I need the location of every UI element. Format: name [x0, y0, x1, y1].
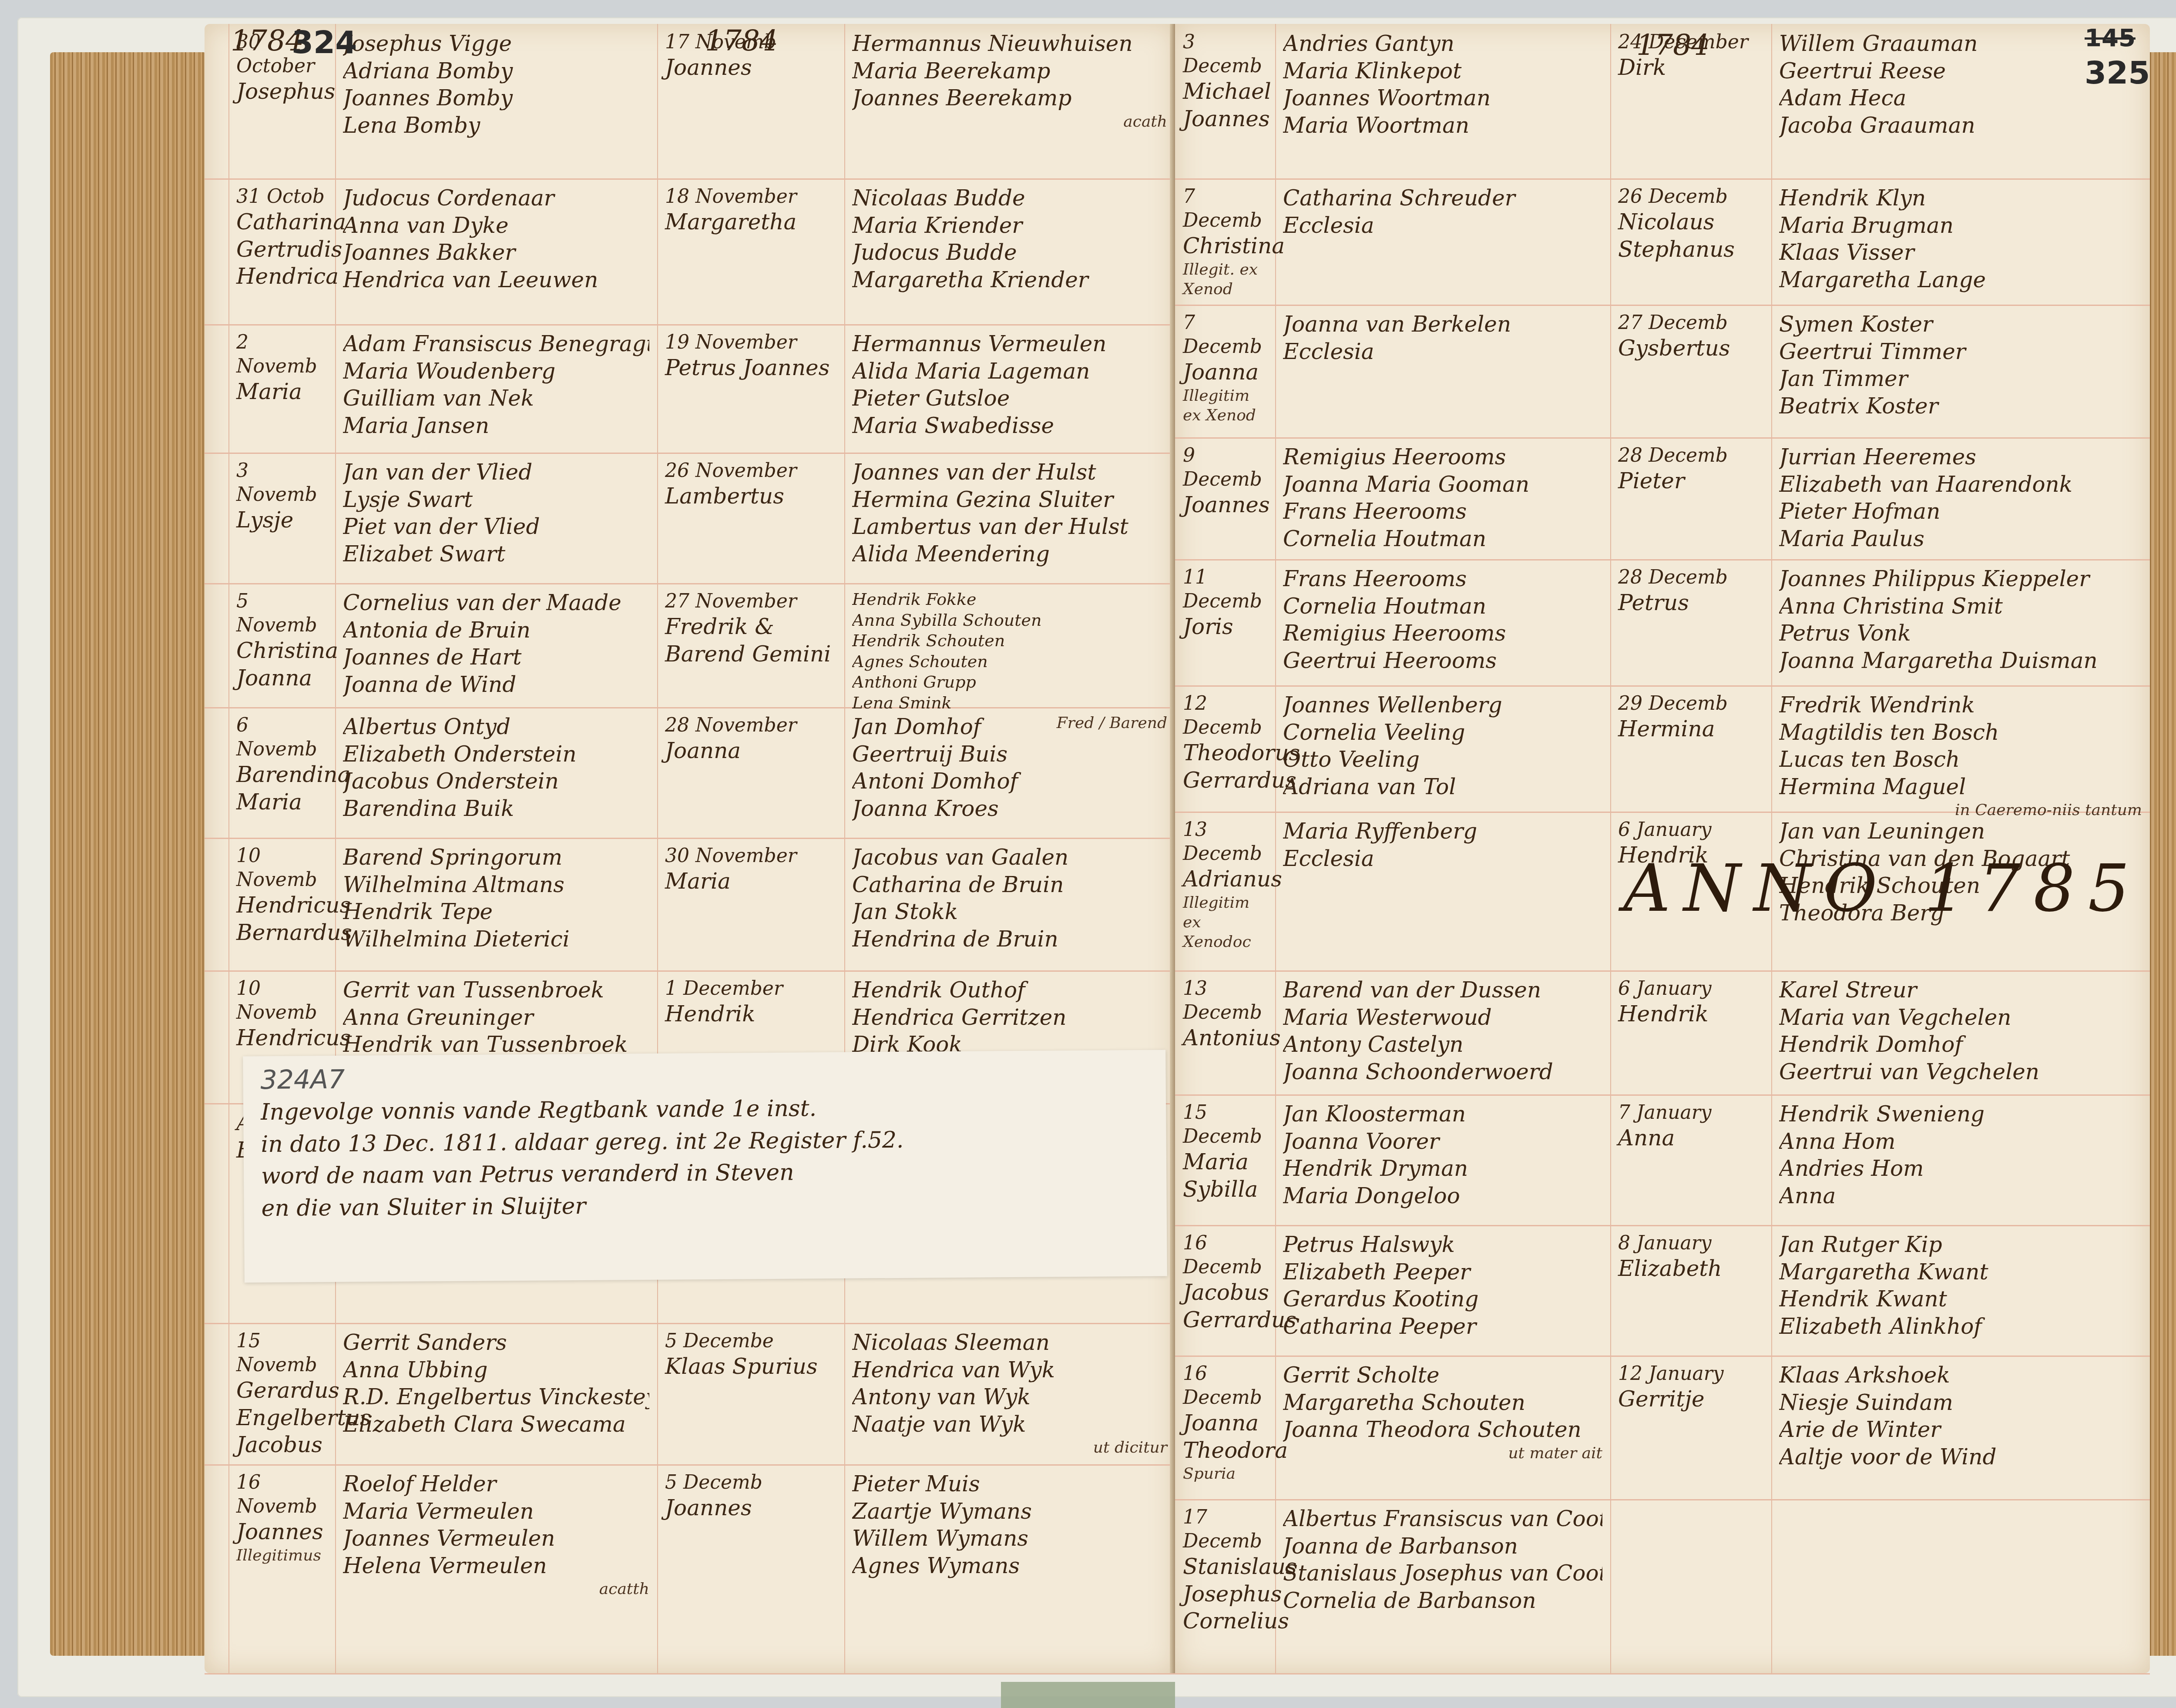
witness-name: Arie de Winter	[1779, 1416, 2142, 1443]
register-row: 12 DecembTheodorus GerrardusJoannes Well…	[1175, 685, 2150, 813]
parent-name: Geertrui Timmer	[1779, 338, 2142, 366]
child-name: Lambertus	[665, 483, 836, 510]
child-name: Joannes	[665, 1494, 836, 1522]
witness-name: Adriana van Tol	[1283, 773, 1602, 801]
witness-name: Agnes Wymans	[852, 1552, 1167, 1580]
witness-name: Alida Meendering	[852, 540, 1167, 568]
parent-name: Klaas Arkshoek	[1779, 1362, 2142, 1389]
baptism-date-child-cell: 15 NovembGerardus Engelbertus Jacobus	[228, 1323, 335, 1464]
baptism-date-child-cell: 8 JanuaryElizabeth	[1610, 1225, 1771, 1356]
old-folio-number: 145	[2085, 24, 2136, 52]
witness-name: Naatje van Wyk	[852, 1411, 1167, 1438]
slip-number: 324A7	[260, 1059, 1148, 1095]
witness-name: Lucas ten Bosch	[1779, 746, 2142, 773]
margin-annotation: acatth	[343, 1579, 649, 1599]
parent-name: Anna Hom	[1779, 1128, 2142, 1155]
parents-witnesses-cell: Remigius HeeroomsJoanna Maria GoomanFran…	[1275, 437, 1610, 559]
witness-name: Maria Dongeloo	[1283, 1182, 1602, 1210]
baptism-date: 15 Novemb	[236, 1329, 327, 1377]
slip-line: Ingevolge vonnis vande Regtbank vande 1e…	[261, 1092, 1148, 1127]
child-name: Lysje	[236, 507, 327, 534]
baptism-date: 26 Decemb	[1618, 185, 1763, 208]
child-name: Klaas Spurius	[665, 1353, 836, 1380]
witness-name: Barendina Buik	[343, 795, 649, 822]
child-name: Joanna Theodora	[1183, 1409, 1267, 1464]
right-page: 3 DecembMichael JoannesAndries GantynMar…	[1175, 24, 2150, 1673]
baptism-date-child-cell: 19 NovemberPetrus Joannes	[657, 324, 844, 453]
parent-name: Fredrik Wendrink	[1779, 691, 2142, 719]
baptism-date-child-cell: 31 OctobCatharina Gertrudis Hendrica	[228, 178, 335, 324]
folio-number: 324	[292, 24, 357, 60]
baptism-date-child-cell: 18 NovemberMargaretha	[657, 178, 844, 324]
parent-name: Joannes van der Hulst	[852, 459, 1167, 486]
baptism-date-child-cell: 3 NovembLysje	[228, 453, 335, 583]
witness-name: Frans Heerooms	[1283, 498, 1602, 525]
slip-line: in dato 13 Dec. 1811. aldaar gereg. int …	[261, 1124, 1148, 1159]
baptism-date: 10 Novemb	[236, 976, 327, 1024]
parent-name: Maria Ryffenberg	[1283, 818, 1602, 845]
witness-name: Pieter Gutsloe	[852, 385, 1167, 412]
parents-witnesses-cell: Andries GantynMaria KlinkepotJoannes Woo…	[1275, 24, 1610, 178]
parent-name: Gerrit Sanders	[343, 1329, 649, 1356]
parents-witnesses-cell: Hermannus NieuwhuisenMaria BeerekampJoan…	[844, 24, 1175, 178]
witness-name: Hendrik Tepe	[343, 898, 649, 926]
parent-name: Ecclesia	[1283, 212, 1602, 239]
parent-name: Jan van Leuningen	[1779, 818, 2142, 845]
parent-name: Hendrik Outhof	[852, 976, 1167, 1004]
parents-witnesses-cell: Nicolaas BuddeMaria KrienderJudocus Budd…	[844, 178, 1175, 324]
child-name: Hendrik	[1618, 1000, 1763, 1028]
baptism-date: 6 Novemb	[236, 713, 327, 761]
parent-name: Petrus Halswyk	[1283, 1231, 1602, 1258]
register-row: 16 DecembJoanna TheodoraSpuriaGerrit Sch…	[1175, 1356, 2150, 1500]
page-edges-right	[2146, 52, 2176, 1656]
parent-name: Elizabeth van Haarendonk	[1779, 471, 2142, 498]
parent-name: Joannes Philippus Kieppeler	[1779, 565, 2142, 593]
parent-name: Catharina Schreuder	[1283, 185, 1602, 212]
parent-name: Maria Klinkepot	[1283, 57, 1602, 85]
parents-witnesses-cell: Adam Fransiscus BenegragtMaria Woudenber…	[335, 324, 657, 453]
witness-name: Stanislaus Josephus van Cooth	[1283, 1560, 1602, 1587]
parents-witnesses-cell: Barend van der DussenMaria WesterwoudAnt…	[1275, 970, 1610, 1094]
parent-name: Wilhelmina Altmans	[343, 871, 649, 899]
parents-witnesses-cell: Judocus CordenaarAnna van DykeJoannes Ba…	[335, 178, 657, 324]
parent-name: Frans Heerooms	[1283, 565, 1602, 593]
register-row: 10 NovembHendricus BernardusBarend Sprin…	[205, 838, 1175, 972]
parent-name: Joanna de Barbanson	[1283, 1533, 1602, 1560]
parent-name: Remigius Heerooms	[1283, 443, 1602, 471]
parent-name: Cornelius van der Maade	[343, 589, 649, 617]
baptism-date-child-cell: 7 DecembJoannaIllegitim ex Xenod	[1175, 305, 1275, 437]
parent-name: Maria Woudenberg	[343, 358, 649, 385]
baptism-date-child-cell: 16 DecembJacobus Gerrardus	[1175, 1225, 1275, 1356]
child-name: Joanna	[665, 737, 836, 765]
witness-name: Helena Vermeulen	[343, 1552, 649, 1580]
witness-name: Joannes Woortman	[1283, 84, 1602, 112]
parent-name: Hendrik Fokke	[852, 589, 1167, 610]
child-name: Nicolaus Stephanus	[1618, 208, 1763, 263]
baptism-date: 16 Decemb	[1183, 1231, 1267, 1279]
witness-name: Catharina Peeper	[1283, 1313, 1602, 1340]
parent-name: Roelof Helder	[343, 1470, 649, 1498]
baptism-date-child-cell: 15 DecembMaria Sybilla	[1175, 1094, 1275, 1225]
witness-name: Piet van der Vlied	[343, 513, 649, 540]
baptism-date: 26 November	[665, 459, 836, 483]
child-name: Hendricus	[236, 1024, 327, 1052]
parent-name: Nicolaas Sleeman	[852, 1329, 1167, 1356]
baptism-date-child-cell: 10 NovembHendricus Bernardus	[228, 838, 335, 970]
witness-name: Antony Castelyn	[1283, 1031, 1602, 1058]
witness-name: Petrus Vonk	[1779, 620, 2142, 647]
parent-name: Hendrik Klyn	[1779, 185, 2142, 212]
witness-name: Margaretha Kriender	[852, 266, 1167, 294]
child-name: Theodorus Gerrardus	[1183, 739, 1267, 794]
child-name: Christina	[1183, 232, 1267, 260]
parent-name: Alida Maria Lageman	[852, 358, 1167, 385]
parent-name: Jan van der Vlied	[343, 459, 649, 486]
parent-name: Gerrit Scholte	[1283, 1362, 1602, 1389]
baptism-date-child-cell: 29 DecembHermina	[1610, 685, 1771, 812]
margin-annotation: ut dicitur	[852, 1438, 1167, 1457]
parent-name: Margaretha Schouten	[1283, 1389, 1602, 1416]
parent-name: Hermannus Nieuwhuisen	[852, 30, 1167, 57]
parent-name: Antonia de Bruin	[343, 617, 649, 644]
witness-name: Cornelia de Barbanson	[1283, 1587, 1602, 1614]
parent-name: Maria Westerwoud	[1283, 1004, 1602, 1031]
parent-name: Cornelia Veeling	[1283, 719, 1602, 746]
parents-witnesses-cell: Frans HeeroomsCornelia HoutmanRemigius H…	[1275, 559, 1610, 685]
parents-witnesses-cell: Hermannus VermeulenAlida Maria LagemanPi…	[844, 324, 1175, 453]
baptism-date-child-cell: 5 DecembJoannes	[657, 1464, 844, 1673]
parents-witnesses-cell: Gerrit SandersAnna UbbingR.D. Engelbertu…	[335, 1323, 657, 1464]
baptism-date: 10 Novemb	[236, 844, 327, 892]
register-row: 2 NovembMariaAdam Fransiscus BenegragtMa…	[205, 324, 1175, 454]
child-name: Joannes	[236, 1518, 327, 1546]
register-row: 3 NovembLysjeJan van der VliedLysje Swar…	[205, 453, 1175, 584]
register-row: 15 NovembGerardus Engelbertus JacobusGer…	[205, 1323, 1175, 1466]
child-name: Christina Joanna	[236, 637, 327, 691]
year-header: 1784	[705, 24, 778, 57]
pasted-correction-slip: 324A7 Ingevolge vonnis vande Regtbank va…	[243, 1050, 1167, 1283]
baptism-date: 5 Decemb	[665, 1470, 836, 1494]
baptism-date-child-cell: 26 DecembNicolaus Stephanus	[1610, 178, 1771, 305]
parent-name: Catharina de Bruin	[852, 871, 1167, 899]
child-name: Joannes	[665, 54, 836, 81]
baptism-date: 7 Decemb	[1183, 311, 1267, 359]
baptism-date: 1 December	[665, 976, 836, 1000]
legitimacy-note: Spuria	[1183, 1464, 1267, 1483]
register-row: 31 OctobCatharina Gertrudis HendricaJudo…	[205, 178, 1175, 325]
parents-witnesses-cell: Catharina SchreuderEcclesia	[1275, 178, 1610, 305]
child-name: Petrus Joannes	[665, 354, 836, 382]
parent-name: Geertruij Buis	[852, 741, 1167, 768]
child-name: Gerritje	[1618, 1386, 1763, 1413]
baptism-date: 30 November	[665, 844, 836, 868]
witness-name: Hendrik Schouten	[852, 631, 1167, 651]
witness-name: Hendrica van Leeuwen	[343, 266, 649, 294]
margin-annotation: acath	[852, 112, 1167, 131]
child-name: Pieter	[1618, 467, 1763, 495]
left-page-grid: 30 OctoberJosephusJosephus ViggeAdriana …	[205, 24, 1175, 1673]
parent-name: Cornelia Houtman	[1283, 593, 1602, 620]
baptism-date: 15 Decemb	[1183, 1101, 1267, 1148]
baptism-date-child-cell: 13 DecembAdrianusIllegitim ex Xenodoc	[1175, 812, 1275, 970]
parents-witnesses-cell: Hendrik FokkeAnna Sybilla SchoutenHendri…	[844, 583, 1175, 707]
witness-name: Elizabeth Clara Swecama	[343, 1411, 649, 1438]
witness-name: Geertrui van Vegchelen	[1779, 1058, 2142, 1086]
parent-name: Joanna van Berkelen	[1283, 311, 1602, 338]
witness-name: Remigius Heerooms	[1283, 620, 1602, 647]
witness-name: Joannes de Hart	[343, 644, 649, 671]
parent-name: Hendrica van Wyk	[852, 1356, 1167, 1384]
anno-heading: ANNO 1785	[1623, 851, 2142, 926]
parents-witnesses-cell: Jan van der VliedLysje SwartPiet van der…	[335, 453, 657, 583]
legitimacy-note: Illegitim ex Xenodoc	[1183, 893, 1267, 952]
baptism-date: 2 Novemb	[236, 330, 327, 378]
baptism-date-child-cell: 9 DecembJoannes	[1175, 437, 1275, 559]
baptism-date: 31 Octob	[236, 185, 327, 208]
parent-name: Anna Greuninger	[343, 1004, 649, 1031]
left-page: 30 OctoberJosephusJosephus ViggeAdriana …	[205, 24, 1175, 1673]
witness-name: Joanna Theodora Schouten	[1283, 1416, 1602, 1443]
witness-name: Anna	[1779, 1182, 2142, 1210]
baptism-date: 17 Decemb	[1183, 1505, 1267, 1553]
parent-name: Adriana Bomby	[343, 57, 649, 85]
witness-name: Cornelia Houtman	[1283, 525, 1602, 553]
parents-witnesses-cell: Jan KloostermanJoanna VoorerHendrik Drym…	[1275, 1094, 1610, 1225]
child-name: Jacobus Gerrardus	[1183, 1279, 1267, 1333]
parent-name: Anna van Dyke	[343, 212, 649, 239]
register-row: 7 DecembJoannaIllegitim ex XenodJoanna v…	[1175, 305, 2150, 439]
child-name: Barendina Maria	[236, 761, 327, 815]
witness-name: Agnes Schouten	[852, 651, 1167, 672]
witness-name: Maria Swabedisse	[852, 412, 1167, 440]
child-name: Maria	[236, 378, 327, 406]
witness-name: Joannes Bomby	[343, 84, 649, 112]
witness-name: Pieter Hofman	[1779, 498, 2142, 525]
parents-witnesses-cell: Fredrik WendrinkMagtildis ten BoschLucas…	[1771, 685, 2150, 812]
child-name: Catharina Gertrudis Hendrica	[236, 208, 327, 290]
baptism-date: 27 November	[665, 589, 836, 613]
baptism-date-child-cell: 17 DecembStanislaus Josephus Cornelius	[1175, 1499, 1275, 1673]
parents-witnesses-cell: Jurrian HeeremesElizabeth van Haarendonk…	[1771, 437, 2150, 559]
witness-name: Guilliam van Nek	[343, 385, 649, 412]
baptism-date: 8 January	[1618, 1231, 1763, 1255]
parent-name: Magtildis ten Bosch	[1779, 719, 2142, 746]
parent-name: Jan Kloosterman	[1283, 1101, 1602, 1128]
parent-name: Jan Rutger Kip	[1779, 1231, 2142, 1258]
witness-name: Joanna de Wind	[343, 671, 649, 698]
baptism-date-child-cell: 30 NovemberMaria	[657, 838, 844, 970]
baptism-date-child-cell: 5 NovembChristina Joanna	[228, 583, 335, 707]
baptism-date: 7 Decemb	[1183, 185, 1267, 232]
witness-name: Andries Hom	[1779, 1155, 2142, 1182]
witness-name: Jacobus Onderstein	[343, 768, 649, 795]
baptism-date: 9 Decemb	[1183, 443, 1267, 491]
parent-name: Nicolaas Budde	[852, 185, 1167, 212]
witness-name: Joannes Vermeulen	[343, 1525, 649, 1552]
slip-line: en die van Sluiter in Sluijter	[261, 1188, 1149, 1224]
parents-witnesses-cell: Jan DomhofGeertruij BuisAntoni DomhofJoa…	[844, 707, 1175, 838]
witness-name: Joannes Bakker	[343, 239, 649, 266]
baptism-date-child-cell: 26 NovemberLambertus	[657, 453, 844, 583]
parent-name: Barend van der Dussen	[1283, 976, 1602, 1004]
witness-name: Klaas Visser	[1779, 239, 2142, 266]
parents-witnesses-cell: Pieter MuisZaartje WymansWillem WymansAg…	[844, 1464, 1175, 1673]
baptism-date-child-cell: 16 NovembJoannesIllegitimus	[228, 1464, 335, 1673]
parents-witnesses-cell: Nicolaas SleemanHendrica van WykAntony v…	[844, 1323, 1175, 1464]
parents-witnesses-cell: Cornelius van der MaadeAntonia de BruinJ…	[335, 583, 657, 707]
baptism-date: 5 Decembe	[665, 1329, 836, 1353]
witness-name: Jan Stokk	[852, 898, 1167, 926]
witness-name: Geertrui Heerooms	[1283, 647, 1602, 674]
parent-name: Jan Domhof	[852, 713, 1167, 741]
folio-number: 325	[2085, 54, 2150, 91]
witness-name: Aaltje voor de Wind	[1779, 1443, 2142, 1471]
parent-name: Jacobus van Gaalen	[852, 844, 1167, 871]
parents-witnesses-cell: Barend SpringorumWilhelmina AltmansHendr…	[335, 838, 657, 970]
parents-witnesses-cell: Maria RyffenbergEcclesia	[1275, 812, 1610, 970]
child-name: Maria Sybilla	[1183, 1148, 1267, 1203]
baptism-date: 5 Novemb	[236, 589, 327, 637]
baptism-date: 11 Decemb	[1183, 565, 1267, 613]
parents-witnesses-cell: Jan Rutger KipMargaretha KwantHendrik Kw…	[1771, 1225, 2150, 1356]
baptism-date: 18 November	[665, 185, 836, 208]
parents-witnesses-cell: Gerrit ScholteMargaretha SchoutenJoanna …	[1275, 1356, 1610, 1499]
parents-witnesses-cell: Klaas ArkshoekNiesje SuindamArie de Wint…	[1771, 1356, 2150, 1499]
child-name: Anna	[1618, 1124, 1763, 1152]
parent-name: Maria Brugman	[1779, 212, 2142, 239]
witness-name: Judocus Budde	[852, 239, 1167, 266]
child-name: Hendricus Bernardus	[236, 892, 327, 946]
baptism-date-child-cell: 6 NovembBarendina Maria	[228, 707, 335, 838]
parent-name: Anna Sybilla Schouten	[852, 610, 1167, 631]
baptism-date-child-cell: 28 DecembPieter	[1610, 437, 1771, 559]
baptism-date-child-cell: 7 DecembChristinaIllegit. ex Xenod	[1175, 178, 1275, 305]
child-name: Margaretha	[665, 208, 836, 236]
parent-name: Maria Kriender	[852, 212, 1167, 239]
register-row: 17 DecembStanislaus Josephus CorneliusAl…	[1175, 1499, 2150, 1674]
baptism-date-child-cell: 3 DecembMichael Joannes	[1175, 24, 1275, 178]
baptism-date: 29 Decemb	[1618, 691, 1763, 715]
baptism-date-child-cell: 16 DecembJoanna TheodoraSpuria	[1175, 1356, 1275, 1499]
witness-name: Hendrik Kwant	[1779, 1285, 2142, 1313]
witness-name: Willem Wymans	[852, 1525, 1167, 1552]
parents-witnesses-cell: Joannes WellenbergCornelia VeelingOtto V…	[1275, 685, 1610, 812]
parents-witnesses-cell: Karel StreurMaria van VegchelenHendrik D…	[1771, 970, 2150, 1094]
parents-witnesses-cell: Joannes van der HulstHermina Gezina Slui…	[844, 453, 1175, 583]
baptism-date: 6 January	[1618, 976, 1763, 1000]
legitimacy-note: Illegit. ex Xenod	[1183, 260, 1267, 299]
witness-name: R.D. Engelbertus Vinckesteyn	[343, 1383, 649, 1411]
baptism-date-child-cell: 12 DecembTheodorus Gerrardus	[1175, 685, 1275, 812]
slip-line: word de naam van Petrus veranderd in Ste…	[261, 1156, 1149, 1191]
witness-name: Gerardus Kooting	[1283, 1285, 1602, 1313]
parents-witnesses-cell: Jacobus van GaalenCatharina de BruinJan …	[844, 838, 1175, 970]
legitimacy-note: Illegitimus	[236, 1546, 327, 1565]
parent-name: Joannes Wellenberg	[1283, 691, 1602, 719]
witness-name: Hendrik Domhof	[1779, 1031, 2142, 1058]
witness-name: Beatrix Koster	[1779, 393, 2142, 420]
baptism-date-child-cell: 27 NovemberFredrik & Barend Gemini	[657, 583, 844, 707]
witness-name: Lambertus van der Hulst	[852, 513, 1167, 540]
register-row: 9 DecembJoannesRemigius HeeroomsJoanna M…	[1175, 437, 2150, 560]
parent-name: Elizabeth Peeper	[1283, 1258, 1602, 1286]
parent-name: Joanna Voorer	[1283, 1128, 1602, 1155]
baptism-date: 3 Novemb	[236, 459, 327, 507]
witness-name: Anthoni Grupp	[852, 672, 1167, 693]
year-header: 1784	[1636, 28, 1709, 62]
baptism-date-child-cell: 13 DecembAntonius	[1175, 970, 1275, 1094]
child-name: Petrus	[1618, 589, 1763, 617]
parents-witnesses-cell: Hendrik SweniengAnna HomAndries HomAnna	[1771, 1094, 2150, 1225]
parent-name: Pieter Muis	[852, 1470, 1167, 1498]
margin-annotation: ut mater ait	[1283, 1443, 1602, 1463]
child-name: Hendrik	[665, 1000, 836, 1028]
parent-name: Anna Ubbing	[343, 1356, 649, 1384]
page-edges-left	[50, 52, 207, 1656]
baptism-date: 13 Decemb	[1183, 818, 1267, 866]
parent-name: Hendrik Swenieng	[1779, 1101, 2142, 1128]
child-name: Hermina	[1618, 715, 1763, 743]
parent-name: Zaartje Wymans	[852, 1498, 1167, 1525]
parents-witnesses-cell: Joanna van BerkelenEcclesia	[1275, 305, 1610, 437]
witness-name: Elizabet Swart	[343, 540, 649, 568]
baptism-date: 16 Novemb	[236, 1470, 327, 1518]
witness-name: Hendrina de Bruin	[852, 926, 1167, 953]
parents-witnesses-cell: Symen KosterGeertrui TimmerJan TimmerBea…	[1771, 305, 2150, 437]
register-row: 11 DecembJorisFrans HeeroomsCornelia Hou…	[1175, 559, 2150, 687]
child-name: Fredrik & Barend Gemini	[665, 613, 836, 668]
parents-witnesses-cell: Josephus ViggeAdriana BombyJoannes Bomby…	[335, 24, 657, 178]
parent-name: Jurrian Heeremes	[1779, 443, 2142, 471]
baptism-date: 13 Decemb	[1183, 976, 1267, 1024]
witness-name: Maria Paulus	[1779, 525, 2142, 553]
baptism-date-child-cell: 7 JanuaryAnna	[1610, 1094, 1771, 1225]
witness-name: Margaretha Lange	[1779, 266, 2142, 294]
baptism-date: 16 Decemb	[1183, 1362, 1267, 1409]
witness-name: Hendrik Dryman	[1283, 1155, 1602, 1182]
child-name: Gysbertus	[1618, 335, 1763, 362]
parents-witnesses-cell: Petrus HalswykElizabeth PeeperGerardus K…	[1275, 1225, 1610, 1356]
child-name: Maria	[665, 868, 836, 895]
baptism-date-child-cell: 28 DecembPetrus	[1610, 559, 1771, 685]
parent-name: Judocus Cordenaar	[343, 185, 649, 212]
baptism-date-child-cell: 12 JanuaryGerritje	[1610, 1356, 1771, 1499]
witness-name: Hermina Maguel	[1779, 773, 2142, 801]
baptism-date: 12 Decemb	[1183, 691, 1267, 739]
witness-name: Joanna Kroes	[852, 795, 1167, 822]
witness-name: Lena Bomby	[343, 112, 649, 139]
child-name: Stanislaus Josephus Cornelius	[1183, 1553, 1267, 1635]
baptism-date: 12 January	[1618, 1362, 1763, 1386]
baptism-date-child-cell: 5 DecembeKlaas Spurius	[657, 1323, 844, 1464]
parent-name: Margaretha Kwant	[1779, 1258, 2142, 1286]
parent-name: Albertus Ontyd	[343, 713, 649, 741]
child-name: Gerardus Engelbertus Jacobus	[236, 1377, 327, 1459]
parent-name: Hermannus Vermeulen	[852, 330, 1167, 358]
baptism-date: 7 January	[1618, 1101, 1763, 1124]
parent-name: Josephus Vigge	[343, 30, 649, 57]
parent-name: Hendrica Gerritzen	[852, 1004, 1167, 1031]
witness-name: Antony van Wyk	[852, 1383, 1167, 1411]
parent-name: Ecclesia	[1283, 845, 1602, 872]
parent-name: Lysje Swart	[343, 486, 649, 513]
parent-name: Symen Koster	[1779, 311, 2142, 338]
witness-name: Jan Timmer	[1779, 365, 2142, 393]
register-row: 5 NovembChristina JoannaCornelius van de…	[205, 583, 1175, 708]
legitimacy-note: Illegitim ex Xenod	[1183, 386, 1267, 425]
